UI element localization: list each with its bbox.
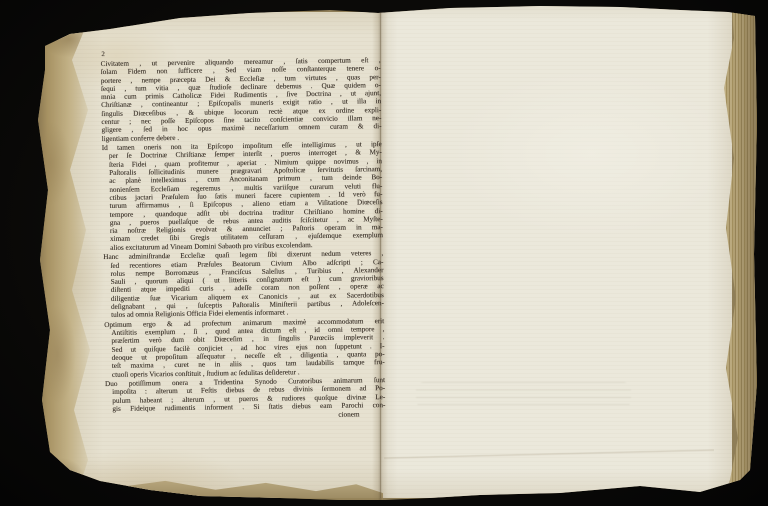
ink-showthrough [416, 382, 631, 408]
photo-background: 2 Civitatem , ut pervenire aliquando mer… [0, 0, 768, 506]
paragraph: Id tamen oneris non ita Epiſcopo impoſit… [102, 140, 383, 252]
left-page-text: 2 Civitatem , ut pervenire aliquando mer… [100, 56, 385, 422]
right-page [380, 6, 732, 498]
book: 2 Civitatem , ut pervenire aliquando mer… [28, 4, 758, 504]
paragraph: Duo potiſſimum onera a Tridentina Synodo… [105, 376, 385, 413]
paragraph: Civitatem , ut pervenire aliquando merea… [100, 56, 381, 143]
paragraph: Optimum ergo & ad profectum animarum max… [104, 317, 385, 379]
page-number: 2 [101, 51, 105, 59]
left-page-paragraphs: Civitatem , ut pervenire aliquando merea… [100, 56, 385, 413]
paper-crease [384, 430, 715, 478]
paragraph: Hanc adminiſtrandæ Eccleſiæ quaſi legem … [103, 249, 384, 319]
